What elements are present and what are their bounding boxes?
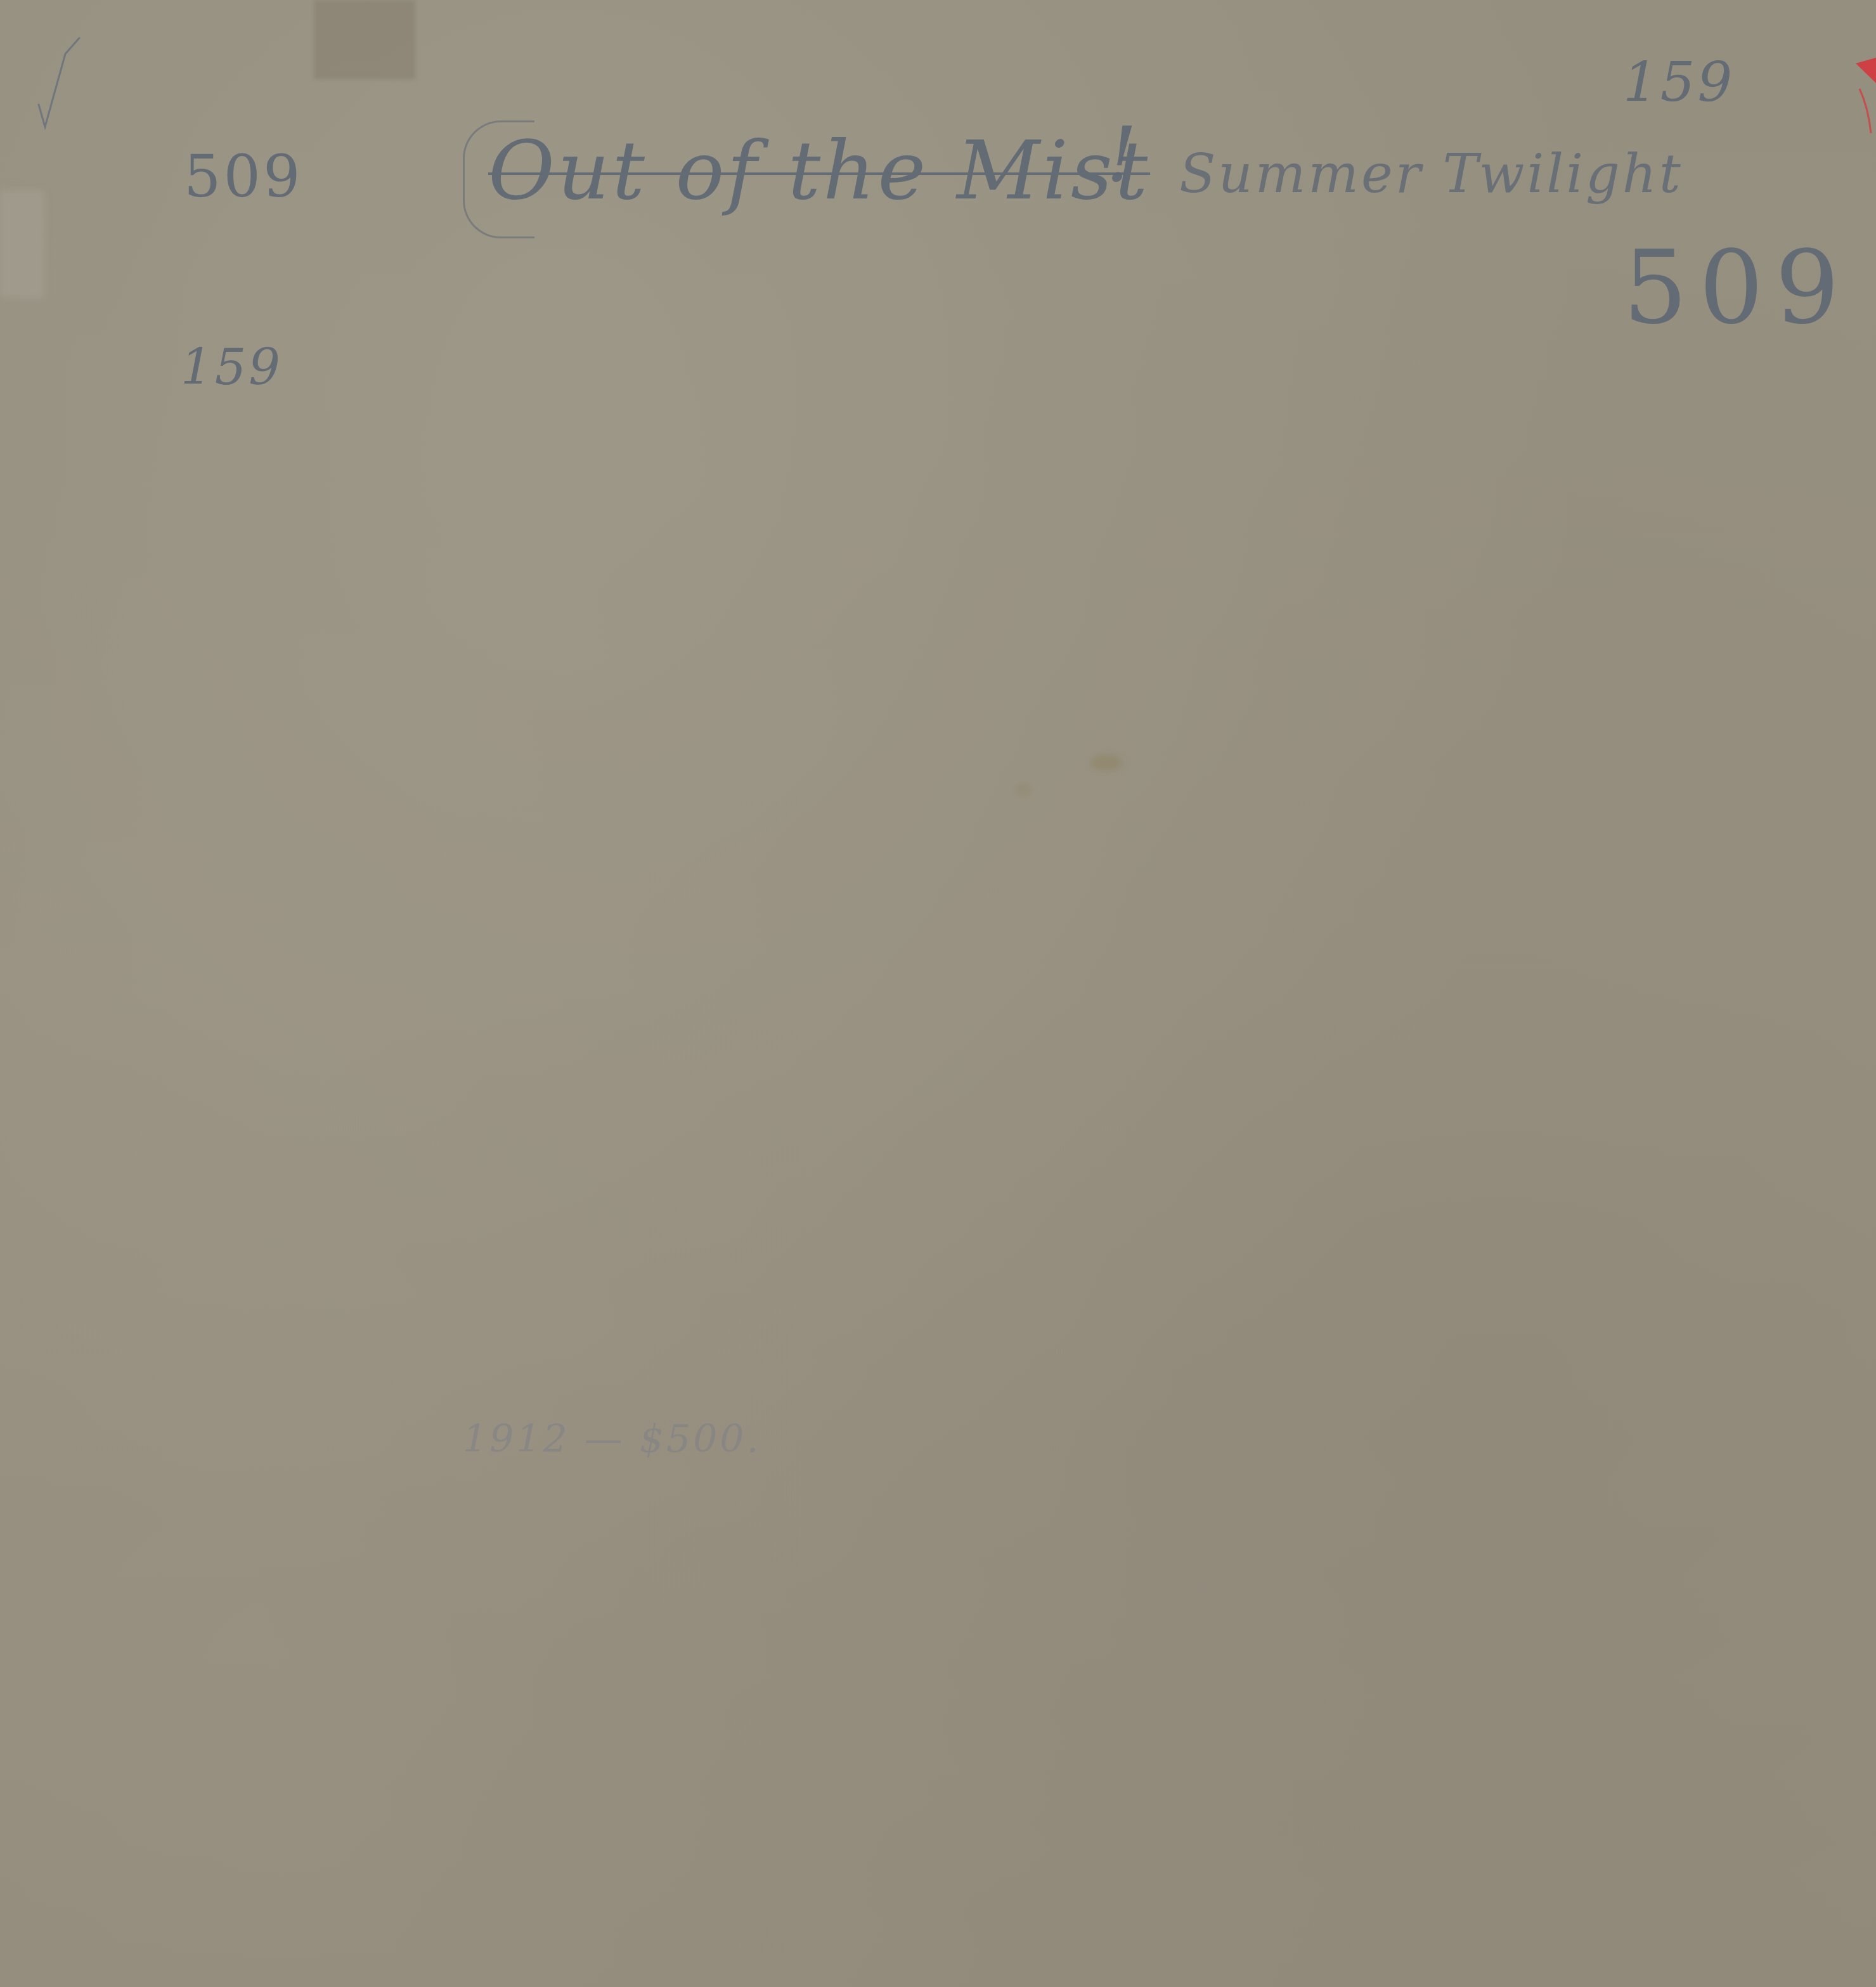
tape-residue-stain	[314, 0, 415, 79]
struck-title: Out of the Mist	[488, 124, 1150, 218]
edge-stain	[0, 190, 44, 298]
foxing-spot	[1014, 783, 1032, 797]
foxing-spot	[1090, 754, 1122, 771]
left-secondary-number: 159	[181, 339, 283, 396]
top-right-number: 159	[1623, 51, 1735, 114]
paper-background	[0, 0, 1876, 1987]
bottom-faint-note: 1912 — $500.	[463, 1417, 761, 1461]
left-inventory-number: 509	[184, 143, 303, 210]
red-crayon-mark	[1854, 57, 1876, 146]
top-right-large-number: 509	[1623, 228, 1851, 347]
replacement-title: Summer Twilight	[1179, 143, 1683, 205]
check-mark-icon	[35, 35, 86, 130]
title-plus-mark: !	[1106, 111, 1139, 199]
